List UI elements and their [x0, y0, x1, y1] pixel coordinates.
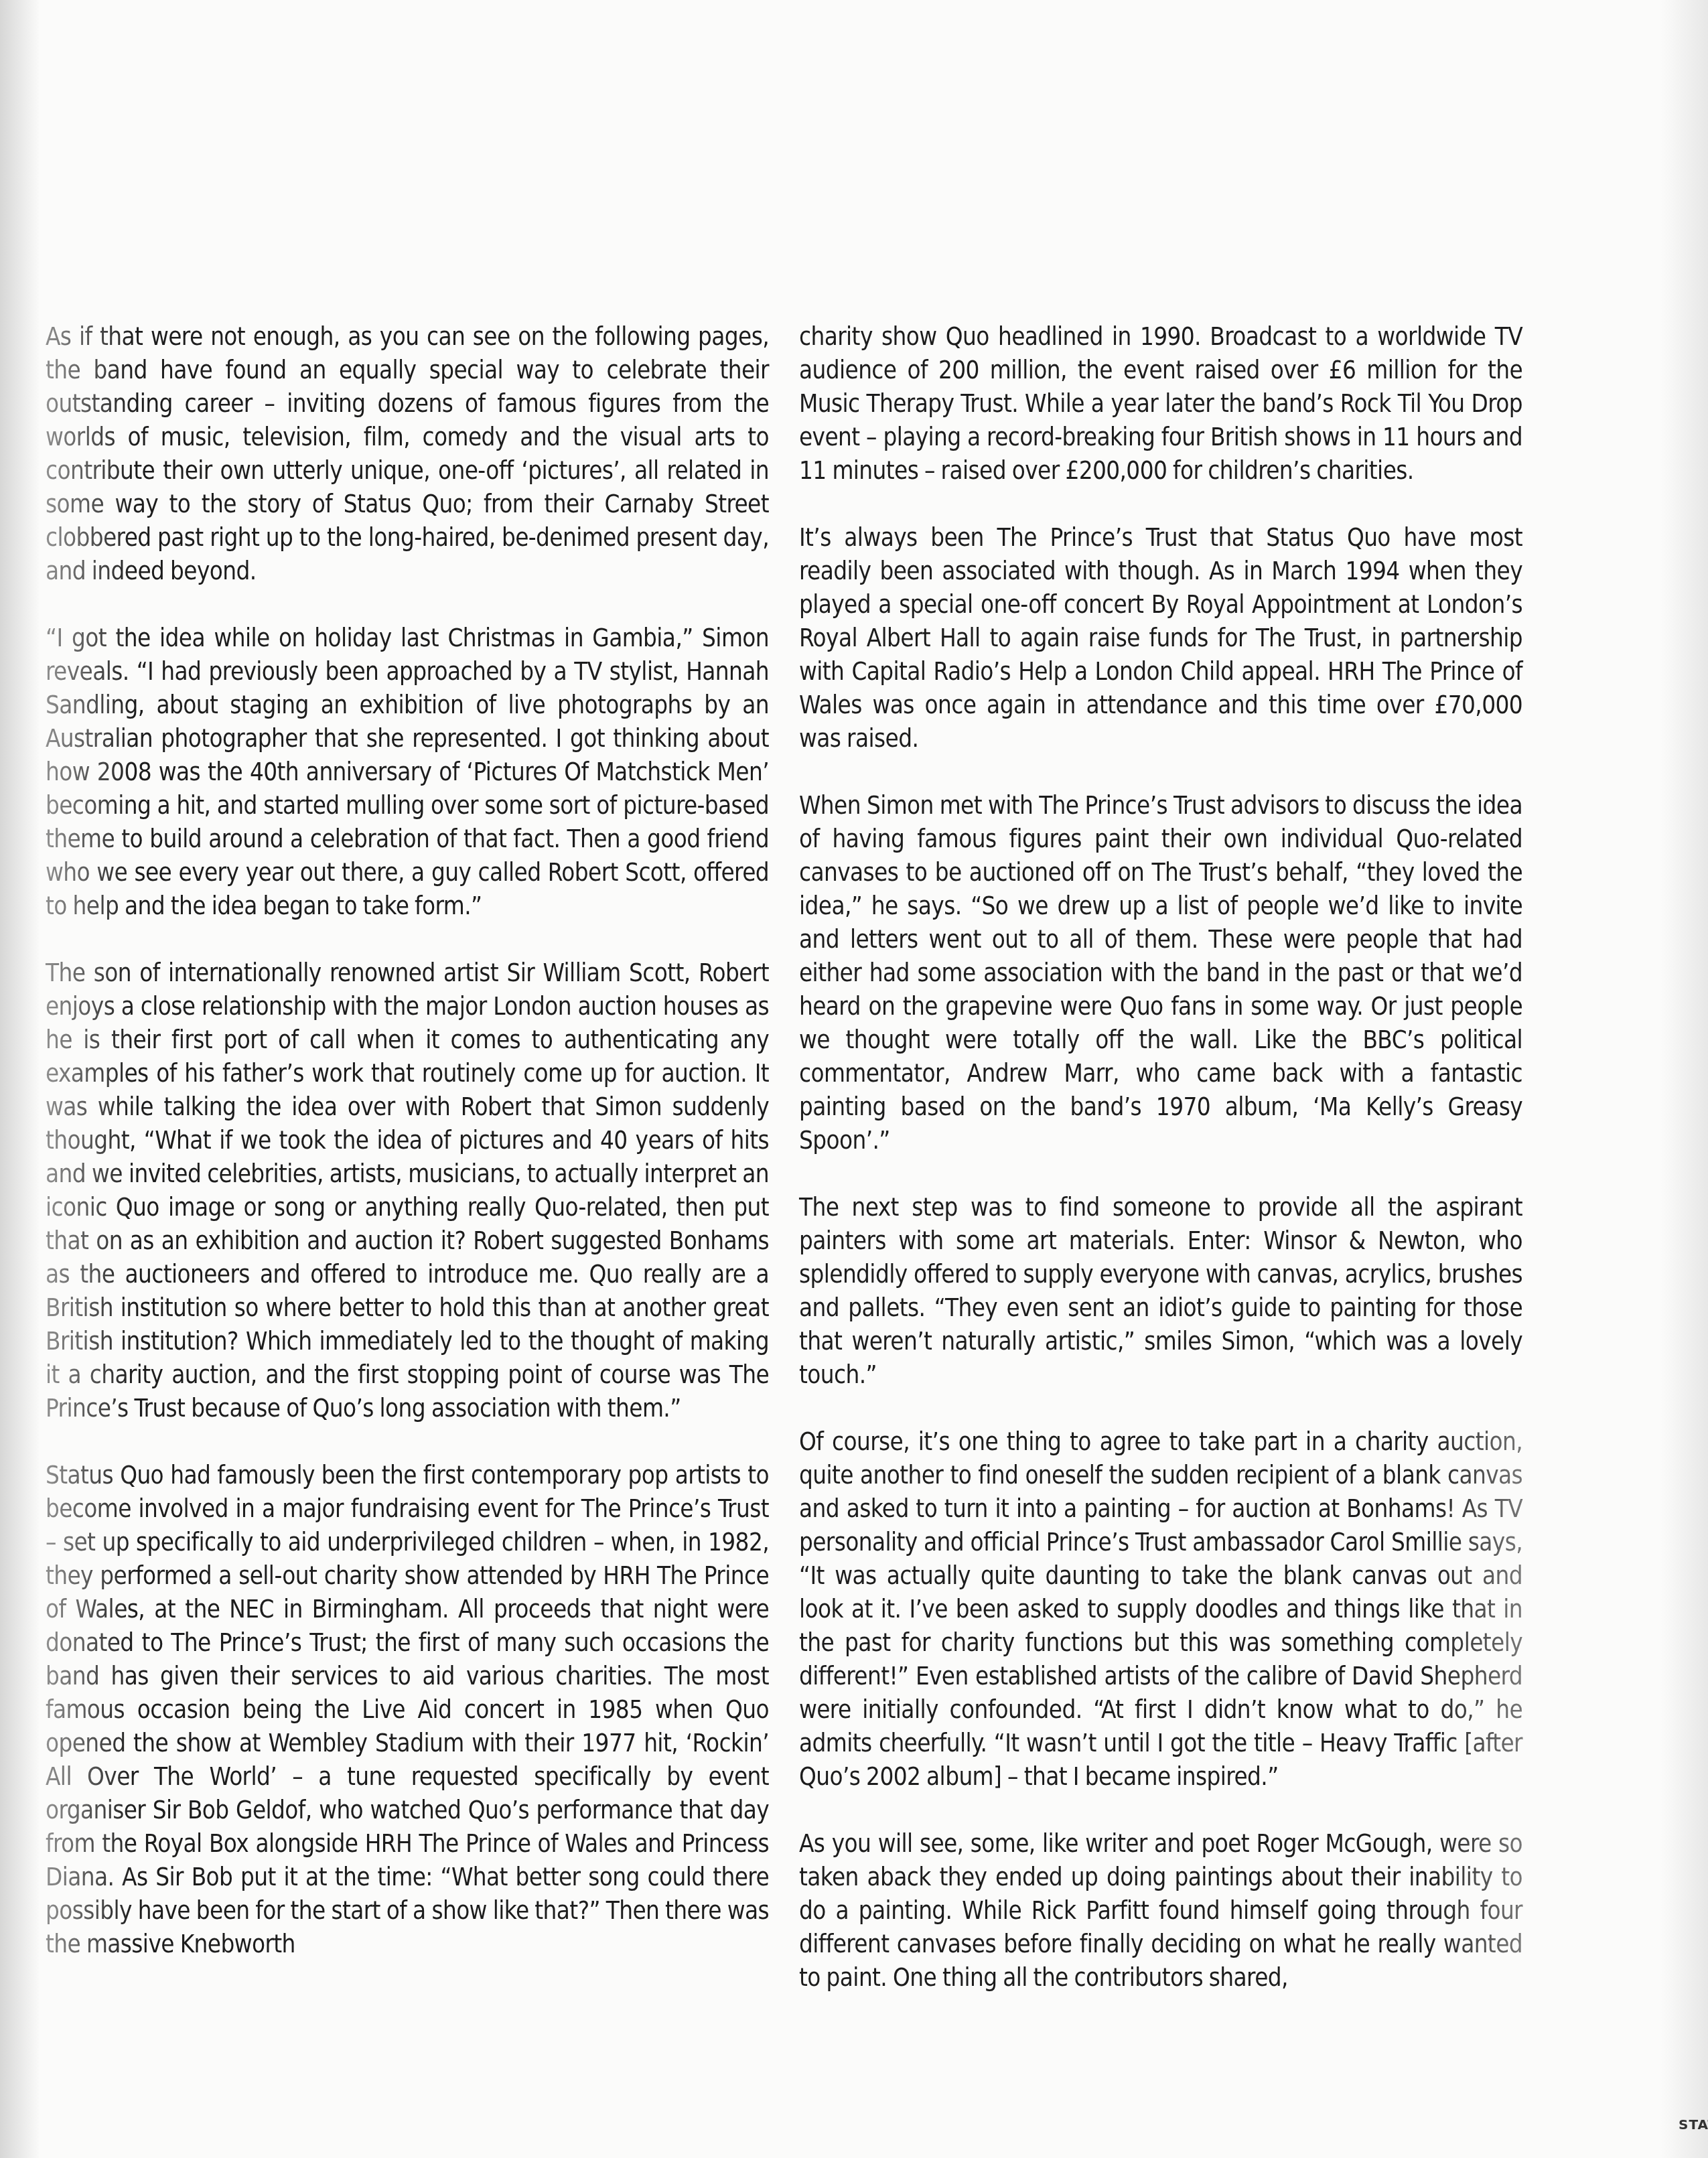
paragraph: It’s always been The Prince’s Trust that…	[799, 521, 1522, 756]
running-footer: STAT	[1679, 2116, 1708, 2133]
page-gutter-shadow	[0, 0, 40, 2158]
paragraph: The son of internationally renowned arti…	[46, 956, 769, 1425]
paragraph: charity show Quo headlined in 1990. Broa…	[799, 320, 1522, 488]
paragraph: Status Quo had famously been the first c…	[46, 1459, 769, 1961]
paragraph: As you will see, some, like writer and p…	[799, 1827, 1522, 1995]
paragraph: “I got the idea while on holiday last Ch…	[46, 622, 769, 923]
paragraph: When Simon met with The Prince’s Trust a…	[799, 789, 1522, 1157]
paragraph: The next step was to find someone to pro…	[799, 1191, 1522, 1392]
page-edge-shadow	[1661, 0, 1708, 2158]
paragraph: As if that were not enough, as you can s…	[46, 320, 769, 588]
paragraph: Of course, it’s one thing to agree to ta…	[799, 1425, 1522, 1794]
right-text-column: charity show Quo headlined in 1990. Broa…	[799, 320, 1522, 2028]
left-text-column: As if that were not enough, as you can s…	[46, 320, 769, 1995]
